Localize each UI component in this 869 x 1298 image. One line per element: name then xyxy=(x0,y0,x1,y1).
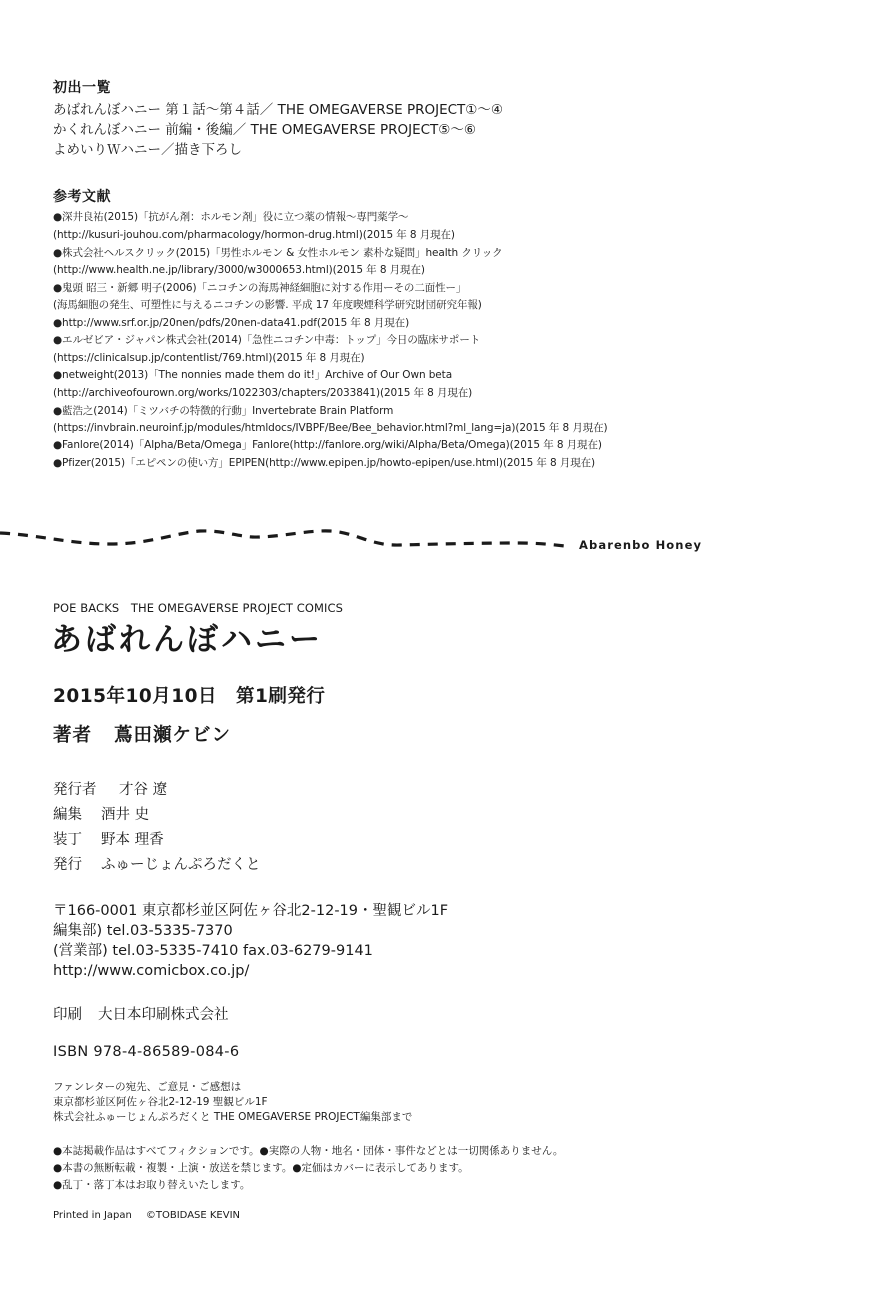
address-line: 編集部) tel.03-5335-7370 xyxy=(53,922,233,941)
reference-line: (海馬細胞の発生、可塑性に与えるニコチンの影響. 平成 17 年度喫煙科学研究財… xyxy=(53,297,482,315)
reference-line: (http://archiveofourown.org/works/102230… xyxy=(53,385,472,403)
notice-line: ●乱丁・落丁本はお取り替えいたします。 xyxy=(53,1177,250,1193)
credit-publisher: 発行者才谷 遼 xyxy=(53,778,167,803)
credit-design: 装丁野本 理香 xyxy=(53,828,164,853)
reference-line: (https://invbrain.neuroinf.jp/modules/ht… xyxy=(53,420,608,438)
credit-name: 酒井 史 xyxy=(101,807,149,823)
fan-letter-line: 東京都杉並区阿佐ヶ谷北2-12-19 聖観ビル1F xyxy=(53,1095,268,1110)
website-link: http://www.comicbox.co.jp/ xyxy=(53,962,249,981)
author-name: 蔦田瀬ケビン xyxy=(114,725,231,746)
reference-line: ●深井良祐(2015)「抗がん剤：ホルモン剤」役に立つ薬の情報〜専門薬学〜 xyxy=(53,209,408,227)
first-appearance-heading: 初出一覧 xyxy=(53,77,111,97)
references-heading: 参考文献 xyxy=(53,186,111,206)
book-title: あばれんぼハニー xyxy=(51,614,323,659)
first-appearance-line: かくれんぼハニー 前編・後編／ THE OMEGAVERSE PROJECT⑤〜… xyxy=(53,121,476,140)
printer-label: 印刷 xyxy=(53,1007,82,1023)
reference-line: ●netweight(2013)「The nonnies made them d… xyxy=(53,367,452,385)
reference-line: (http://www.health.ne.jp/library/3000/w3… xyxy=(53,262,425,280)
credit-role: 発行者 xyxy=(53,778,119,803)
credit-name: 野本 理香 xyxy=(101,832,164,848)
printer-name: 大日本印刷株式会社 xyxy=(98,1007,229,1023)
address-line: 〒166-0001 東京都杉並区阿佐ヶ谷北2-12-19・聖観ビル1F xyxy=(53,902,448,921)
reference-line: ●Pfizer(2015)「エピペンの使い方」EPIPEN(http://www… xyxy=(53,455,595,473)
credit-editor: 編集酒井 史 xyxy=(53,803,149,828)
credit-role: 装丁 xyxy=(53,828,101,853)
credit-role: 発行 xyxy=(53,853,101,878)
credit-name: ふゅーじょんぷろだくと xyxy=(101,857,261,873)
reference-line: ●エルゼビア・ジャパン株式会社(2014)「急性ニコチン中毒：トップ」今日の臨床… xyxy=(53,332,480,350)
printer-line: 印刷大日本印刷株式会社 xyxy=(53,1003,229,1024)
publication-date: 2015年10月10日 第1刷発行 xyxy=(53,682,325,708)
credit-name: 才谷 遼 xyxy=(119,782,167,798)
notice-line: ●本書の無断転載・複製・上演・放送を禁じます。●定価はカバーに表示してあります。 xyxy=(53,1160,469,1176)
reference-line: ●http://www.srf.or.jp/20nen/pdfs/20nen-d… xyxy=(53,315,409,333)
credit-role: 編集 xyxy=(53,803,101,828)
series-title: Abarenbo Honey xyxy=(579,538,702,552)
wavy-dashed-divider xyxy=(0,520,869,560)
fan-letter-line: 株式会社ふゅーじょんぷろだくと THE OMEGAVERSE PROJECT編集… xyxy=(53,1110,412,1125)
reference-line: ●株式会社ヘルスクリック(2015)「男性ホルモン & 女性ホルモン 素朴な疑問… xyxy=(53,245,503,263)
notice-line: ●本誌掲載作品はすべてフィクションです。●実際の人物・地名・団体・事件などとは一… xyxy=(53,1143,563,1159)
author-line: 著者蔦田瀬ケビン xyxy=(53,721,231,747)
isbn: ISBN 978-4-86589-084-6 xyxy=(53,1044,239,1060)
fan-letter-line: ファンレターの宛先、ご意見・ご感想は xyxy=(53,1080,241,1095)
author-label: 著者 xyxy=(53,725,92,746)
credit-publishing-house: 発行ふゅーじょんぷろだくと xyxy=(53,853,261,878)
reference-line: ●鬼頭 昭三・新郷 明子(2006)「ニコチンの海馬神経細胞に対する作用ーその二… xyxy=(53,280,466,298)
reference-line: ●Fanlore(2014)「Alpha/Beta/Omega」Fanlore(… xyxy=(53,437,602,455)
address-line: (営業部) tel.03-5335-7410 fax.03-6279-9141 xyxy=(53,942,373,961)
reference-line: (https://clinicalsup.jp/contentlist/769.… xyxy=(53,350,365,368)
footer: Printed in Japan©TOBIDASE KEVIN xyxy=(53,1210,240,1221)
reference-line: ●藍浩之(2014)「ミツバチの特徴的行動」Invertebrate Brain… xyxy=(53,403,393,421)
copyright: ©TOBIDASE KEVIN xyxy=(146,1210,240,1221)
first-appearance-line: よめいりＷハニー／描き下ろし xyxy=(53,141,242,160)
printed-in: Printed in Japan xyxy=(53,1210,132,1221)
first-appearance-line: あばれんぼハニー 第１話〜第４話／ THE OMEGAVERSE PROJECT… xyxy=(53,101,503,120)
reference-line: (http://kusuri-jouhou.com/pharmacology/h… xyxy=(53,227,455,245)
